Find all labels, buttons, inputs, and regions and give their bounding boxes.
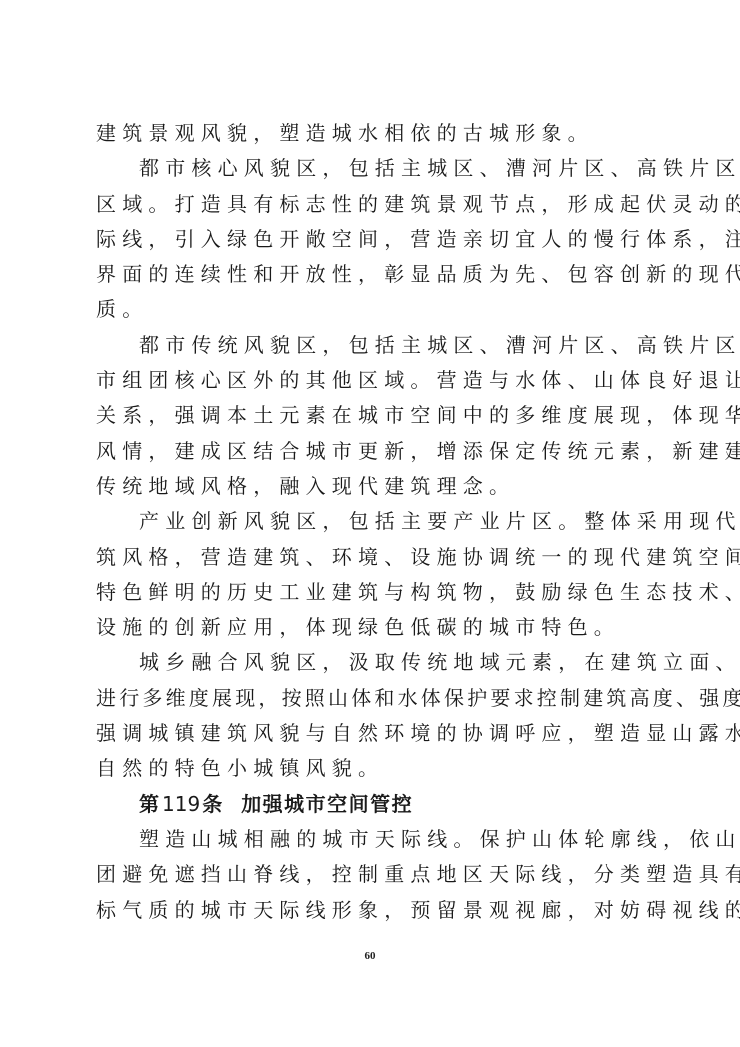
article-heading: 第119条加强城市空间管控 — [96, 787, 648, 822]
text-line: 设施的创新应用，体现绿色低碳的城市特色。 — [96, 610, 648, 645]
text-line: 界面的连续性和开放性，彰显品质为先、包容创新的现代都市气 — [96, 257, 648, 292]
text-line: 风情，建成区结合城市更新，增添保定传统元素，新建建筑汲取 — [96, 434, 648, 469]
paragraph-urban-core: 都市核心风貌区，包括主城区、漕河片区、高铁片区的核心 — [96, 151, 648, 186]
text-line: 区域。打造具有标志性的建筑景观节点，形成起伏灵动的城市天 — [96, 187, 648, 222]
paragraph-industrial-innovation: 产业创新风貌区，包括主要产业片区。整体采用现代简约建 — [96, 504, 648, 539]
article-title: 加强城市空间管控 — [241, 792, 413, 816]
text-line: 进行多维度展现，按照山体和水体保护要求控制建筑高度、强度， — [96, 681, 648, 716]
article-prefix: 第 — [139, 792, 160, 816]
page-number: 60 — [0, 950, 740, 962]
text-line: 际线，引入绿色开敞空间，营造亲切宜人的慢行体系，注重街道 — [96, 222, 648, 257]
paragraph-urban-traditional: 都市传统风貌区，包括主城区、漕河片区、高铁片区以及城 — [96, 328, 648, 363]
text-line: 自然的特色小城镇风貌。 — [96, 751, 648, 786]
text-line: 特色鲜明的历史工业建筑与构筑物，鼓励绿色生态技术、新能源 — [96, 575, 648, 610]
text-line: 团避免遮挡山脊线，控制重点地区天际线，分类塑造具有组团地 — [96, 857, 648, 892]
paragraph-skyline: 塑造山城相融的城市天际线。保护山体轮廓线，依山而建组 — [96, 822, 648, 857]
article-number: 119 — [162, 792, 200, 816]
text-line: 质。 — [96, 292, 648, 327]
text-line: 关系，强调本土元素在城市空间中的多维度展现，体现华北传统 — [96, 398, 648, 433]
text-line: 建筑景观风貌，塑造城水相依的古城形象。 — [96, 116, 648, 151]
text-line: 标气质的城市天际线形象，预留景观视廊，对妨碍视线的建筑、 — [96, 893, 648, 928]
text-line: 市组团核心区外的其他区域。营造与水体、山体良好退让和眺望 — [96, 363, 648, 398]
document-page: 建筑景观风貌，塑造城水相依的古城形象。 都市核心风貌区，包括主城区、漕河片区、高… — [96, 116, 648, 928]
text-line: 筑风格，营造建筑、环境、设施协调统一的现代建筑空间。保留 — [96, 540, 648, 575]
text-line: 传统地域风格，融入现代建筑理念。 — [96, 469, 648, 504]
text-line: 强调城镇建筑风貌与自然环境的协调呼应，塑造显山露水、灵动 — [96, 716, 648, 751]
paragraph-urban-rural: 城乡融合风貌区，汲取传统地域元素，在建筑立面、屋顶等 — [96, 645, 648, 680]
article-suffix: 条 — [202, 792, 223, 816]
